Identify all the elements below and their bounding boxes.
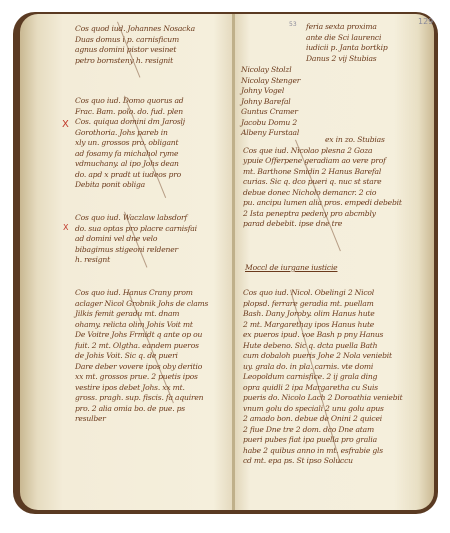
text-line: aclager Nicol Grobnik Johs de clams bbox=[75, 299, 225, 310]
text-line: Frac. Bam. polo. do. fud. plen bbox=[75, 107, 225, 118]
list-item: Johny Barefal bbox=[241, 97, 300, 108]
text-line: uy. grala do. in pla. carnis. vte domi bbox=[243, 362, 423, 373]
left-entry-2: Cos quo iud. Domo quorus ad Frac. Bam. p… bbox=[75, 96, 225, 191]
text-line: pueris do. Nicolo Lach 2 Doroathia venie… bbox=[243, 393, 423, 404]
text-line: Danus 2 vij Stubias bbox=[306, 54, 387, 65]
text-line: do. apd x pradt ut iudeos pro bbox=[75, 170, 225, 181]
text-line: plopsd. ferrare geradia mt. puellam bbox=[243, 299, 423, 310]
text-line: Bash. Dany Joroby. olim Hanus hute bbox=[243, 309, 423, 320]
text-line: 2 fiue Dne tre 2 dom. dco Dne atam bbox=[243, 425, 423, 436]
text-line: debue donec Nicholo demancr. 2 cio bbox=[243, 188, 423, 199]
text-line: Cos quo iud. Hanus Crany prom bbox=[75, 288, 225, 299]
text-line: pro. 2 alia omia bo. de pue. ps bbox=[75, 404, 225, 415]
list-item: Guntus Cramer bbox=[241, 107, 300, 118]
right-top-note: feria sexta proxima ante die Sci laurenc… bbox=[306, 22, 387, 64]
text-line: ad domini vel dne velo bbox=[75, 234, 225, 245]
text-line: ohamy. relicta olim Johis Voit mt bbox=[75, 320, 225, 331]
text-line: gross. pragh. sup. fiscis. fa aquiren bbox=[75, 393, 225, 404]
left-entry-4: Cos quo iud. Hanus Crany prom aclager Ni… bbox=[75, 288, 225, 425]
text-line: ante die Sci laurenci bbox=[306, 33, 387, 44]
text-line: Hute debeno. Sic q. dcta puella Bath bbox=[243, 341, 423, 352]
text-line: Cos. quiqua domini dm Jaroslj bbox=[75, 117, 225, 128]
pencil-note: 53 bbox=[289, 21, 297, 28]
red-x-mark: X bbox=[63, 223, 68, 232]
text-line: habe 2 quibus anno in mt. esfrabie gls bbox=[243, 446, 423, 457]
book-gutter bbox=[232, 14, 235, 510]
list-item: Jacobu Domu 2 bbox=[241, 118, 300, 129]
text-line: resulber bbox=[75, 414, 225, 425]
folio-number: 129 bbox=[418, 17, 433, 26]
text-line: bibagimus stigeoni reldener bbox=[75, 245, 225, 256]
right-entry-1: ex in zo. Stubias Cos que iud. Nicolao p… bbox=[243, 135, 423, 230]
text-line: De Voitre Johs Frmidt q ante op ou bbox=[75, 330, 225, 341]
text-line: cum dobaloh pueris Johe 2 Nola veniebit bbox=[243, 351, 423, 362]
heading-text: Moccl de iurgane iusticie bbox=[245, 263, 337, 274]
text-line: Debita ponit obliga bbox=[75, 180, 225, 191]
text-line: vnum golu do speciali 2 unu golu apus bbox=[243, 404, 423, 415]
text-line: feria sexta proxima bbox=[306, 22, 387, 33]
text-line: xly un. grossos pro. obligant bbox=[75, 138, 225, 149]
text-line: Leopoldum carnisfice. 2 ij grala ding bbox=[243, 372, 423, 383]
left-entry-3: Cos quo iud. Waczlaw labsdorf do. sua op… bbox=[75, 213, 225, 266]
text-line: ex in zo. Stubias bbox=[243, 135, 423, 146]
text-line: ypuie Offerpene geradiam ao vere prof bbox=[243, 156, 423, 167]
text-line: 2 Ista peneptra pedeny pro abcmbly bbox=[243, 209, 423, 220]
text-line: do. sua optas pro placre carnisfai bbox=[75, 224, 225, 235]
left-entry-1: Cos quod iud. Johannes Nosacka Duas domu… bbox=[75, 24, 225, 66]
text-line: Duas domus i p. carnisficum bbox=[75, 35, 225, 46]
text-line: cd mt. epa ps. St ipso Soluccu bbox=[243, 456, 423, 467]
text-line: Dare deber vovere ipos oby deritio bbox=[75, 362, 225, 373]
list-item: Nicolay Stenger bbox=[241, 76, 300, 87]
text-line: iudicii p. Janta bortkip bbox=[306, 43, 387, 54]
section-heading: Moccl de iurgane iusticie bbox=[245, 263, 337, 274]
text-line: h. resignt bbox=[75, 255, 225, 266]
text-line: pu. ancipu lumen alia pros. empedi debeb… bbox=[243, 198, 423, 209]
text-line: Jilkis femit geradu mt. dnam bbox=[75, 309, 225, 320]
text-line: mt. Barthone Smidin 2 Hanus Barefal bbox=[243, 167, 423, 178]
text-line: Cos que iud. Nicolao plesna 2 Goza bbox=[243, 146, 423, 157]
text-line: 2 mt. Margarethay ipos Hanus hute bbox=[243, 320, 423, 331]
text-line: curias. Sic q. dco pueri q. nuc st stare bbox=[243, 177, 423, 188]
text-line: xx mt. grossos prue. 2 puetis ipos bbox=[75, 372, 225, 383]
text-line: 2 amado bon. debue de Onini 2 quicei bbox=[243, 414, 423, 425]
list-item: Nicolay Stolzl bbox=[241, 65, 300, 76]
text-line: ex pueros ipud. voe Bash p pny Hanus bbox=[243, 330, 423, 341]
text-line: vestire ipos debet Johs. xx mt. bbox=[75, 383, 225, 394]
red-x-mark: X bbox=[62, 119, 69, 130]
text-line: Cos quo iud. Nicol. Obelingi 2 Nicol bbox=[243, 288, 423, 299]
text-line: Gorothoria. Johs pareb in bbox=[75, 128, 225, 139]
text-line: opra quidli 2 ipa Margaretha cu Suis bbox=[243, 383, 423, 394]
list-item: Johny Vogel bbox=[241, 86, 300, 97]
text-line: Cos quo iud. Waczlaw labsdorf bbox=[75, 213, 225, 224]
names-list: Nicolay Stolzl Nicolay Stenger Johny Vog… bbox=[241, 65, 300, 139]
text-line: Cos quo iud. Domo quorus ad bbox=[75, 96, 225, 107]
text-line: parad debebit. ipse dne tre bbox=[243, 219, 423, 230]
text-line: petro bornsteny h. resignit bbox=[75, 56, 225, 67]
text-line: agnus domini pistor vesinet bbox=[75, 45, 225, 56]
text-line: Cos quod iud. Johannes Nosacka bbox=[75, 24, 225, 35]
text-line: de Johis Voit. Sic q. de pueri bbox=[75, 351, 225, 362]
